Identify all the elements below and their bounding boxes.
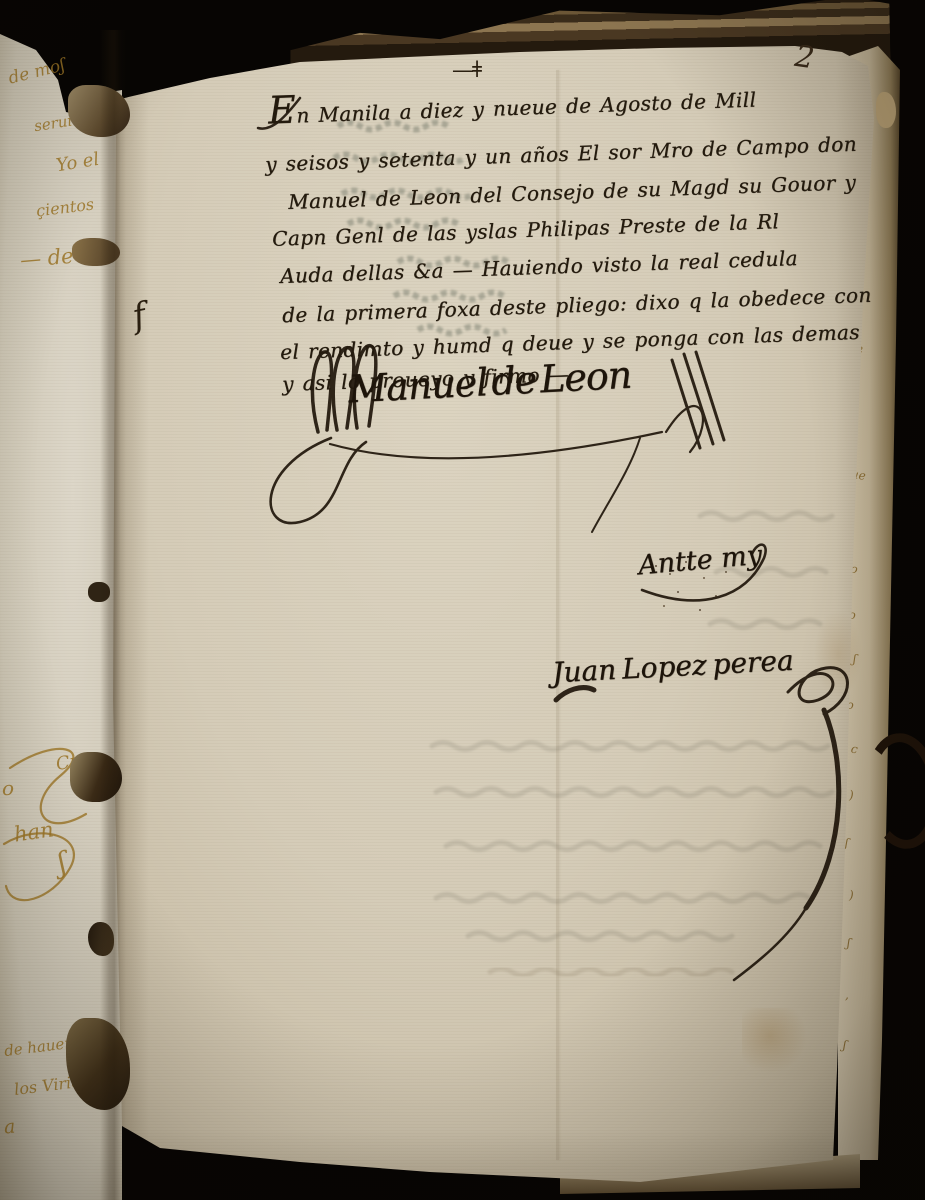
paper-chip: [876, 92, 896, 128]
edge-ink-mark: ): [849, 888, 854, 902]
margin-fragment: o: [2, 776, 14, 800]
foxing-stain: [742, 1008, 812, 1078]
binding-tab: [72, 238, 120, 266]
manuscript-photo: ) ʃ e c ) ue e ɔ ɔ ʃ ɔ c ) ʃ ) ʃ , ʃ de …: [0, 0, 925, 1200]
foxing-stain: [812, 606, 864, 702]
margin-fragment: a: [3, 1116, 16, 1139]
sewing-knot: [88, 922, 114, 956]
edge-ink-mark: ): [849, 788, 854, 802]
sewing-knot: [88, 582, 110, 602]
margin-fragment: — de: [19, 244, 74, 273]
edge-ink-mark: ,: [845, 988, 849, 1002]
heading-cross-mark: —ǂ: [452, 58, 480, 83]
binding-tab: [70, 752, 122, 802]
